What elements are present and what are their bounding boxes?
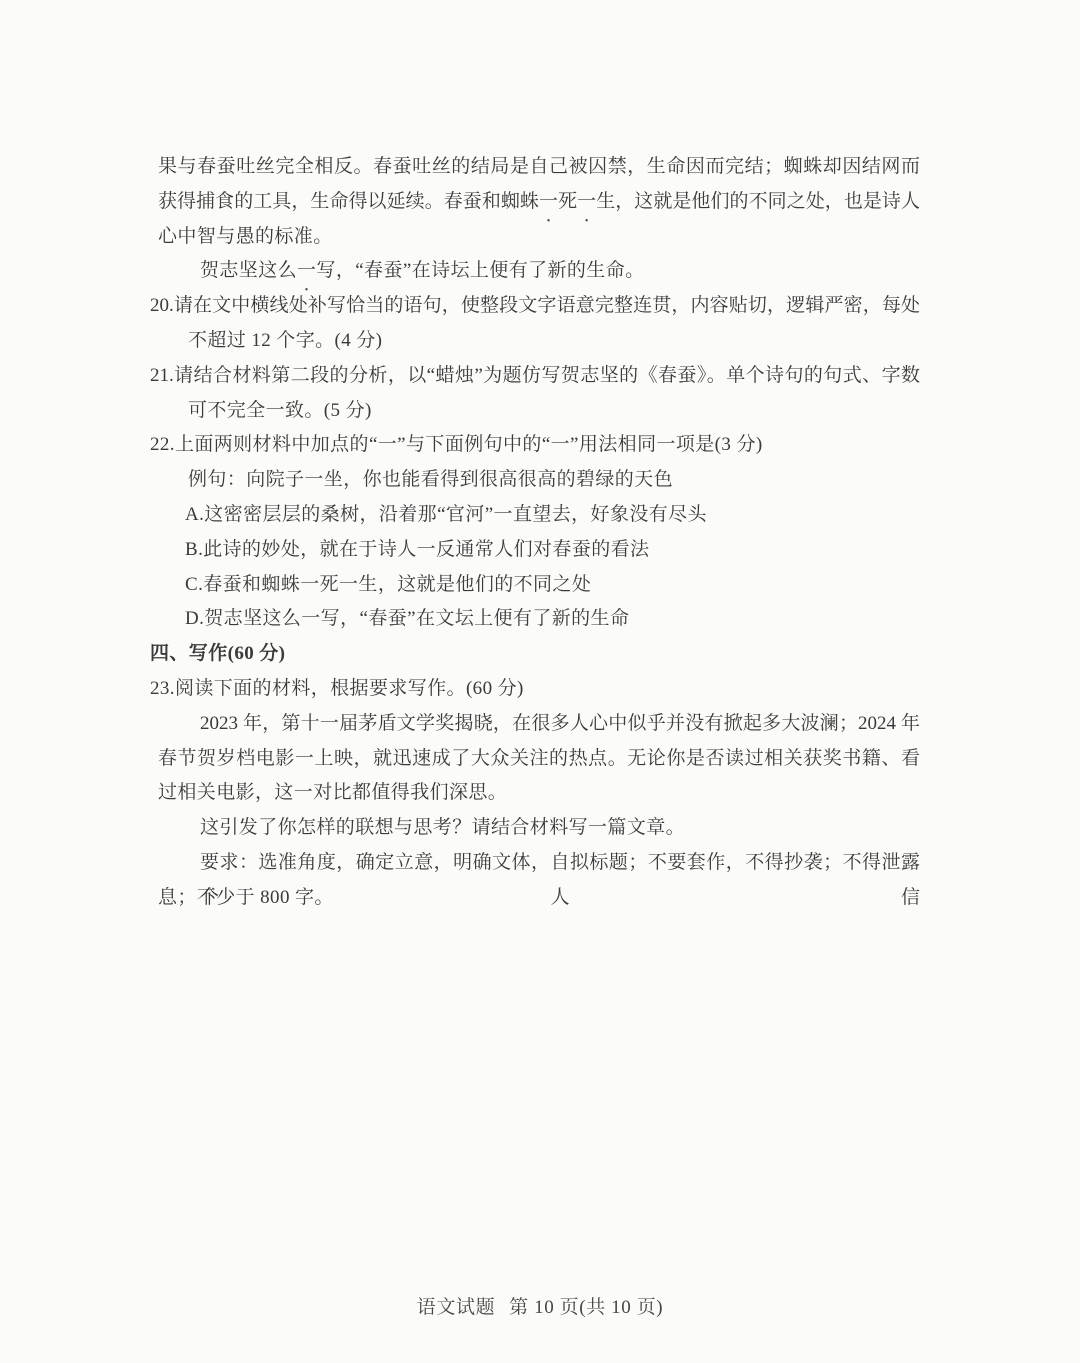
passage-line-4-post: 写，“春蚕”在诗坛上便有了新的生命。: [316, 260, 644, 281]
question-21-line-2: 可不完全一致。(5 分): [188, 394, 920, 429]
option-b: B.此诗的妙处，就在于诗人一反通常人们对春蚕的看法: [185, 533, 920, 568]
page-footer: 语文试题第 10 页(共 10 页): [0, 1292, 1080, 1319]
question-21-number: 21.: [150, 365, 174, 386]
emphasized-char: 一: [297, 260, 316, 281]
text-block: 果与春蚕吐丝完全相反。春蚕吐丝的结局是自己被囚禁，生命因而完结；蜘蛛却因结网而 …: [150, 150, 920, 916]
section-heading-writing: 四、写作(60 分): [150, 637, 920, 672]
question-23-text: 阅读下面的材料，根据要求写作。(60 分): [175, 678, 524, 699]
q23-requirements-line-1: 要求：选准角度，确定立意，明确文体，自拟标题；不要套作，不得抄袭；不得泄露个人信: [200, 846, 920, 881]
option-b-text: 此诗的妙处，就在于诗人一反通常人们对春蚕的看法: [203, 539, 649, 560]
question-20-line-2: 不超过 12 个字。(4 分): [188, 324, 920, 359]
question-20-number: 20.: [150, 295, 174, 316]
question-22-number: 22.: [150, 434, 175, 455]
page-indicator: 第 10 页(共 10 页): [509, 1297, 663, 1318]
option-a-text: 这密密层层的桑树，沿着那“官河”一直望去，好象没有尽头: [204, 504, 707, 525]
passage-line-2: 获得捕食的工具，生命得以延续。春蚕和蜘蛛一死一生，这就是他们的不同之处，也是诗人: [158, 185, 920, 220]
question-21-line-1: 21.请结合材料第二段的分析，以“蜡烛”为题仿写贺志坚的《春蚕》。单个诗句的句式…: [150, 359, 920, 394]
question-22-example: 例句：向院子一坐，你也能看得到很高很高的碧绿的天色: [188, 463, 920, 498]
question-22-text: 上面两则材料中加点的“一”与下面例句中的“一”用法相同一项是(3 分): [175, 434, 763, 455]
question-23-stem: 23.阅读下面的材料，根据要求写作。(60 分): [150, 672, 920, 707]
question-23-number: 23.: [150, 678, 175, 699]
passage-line-2-mid: 死: [558, 191, 577, 212]
option-a-label: A.: [185, 504, 204, 525]
option-b-label: B.: [185, 539, 203, 560]
option-a: A.这密密层层的桑树，沿着那“官河”一直望去，好象没有尽头: [185, 498, 920, 533]
q23-requirements-line-2: 息；不少于 800 字。: [158, 881, 920, 916]
passage-line-2-pre: 获得捕食的工具，生命得以延续。春蚕和蜘蛛: [158, 191, 539, 212]
q23-material-line-3: 过相关电影，这一对比都值得我们深思。: [158, 776, 920, 811]
q23-prompt: 这引发了你怎样的联想与思考？请结合材料写一篇文章。: [200, 811, 920, 846]
passage-line-4: 贺志坚这么一写，“春蚕”在诗坛上便有了新的生命。: [200, 254, 920, 289]
question-20-line-1: 20.请在文中横线处补写恰当的语句，使整段文字语意完整连贯，内容贴切，逻辑严密，…: [150, 289, 920, 324]
doc-title: 语文试题: [417, 1297, 495, 1318]
q23-material-line-1: 2023 年，第十一届茅盾文学奖揭晓，在很多人心中似乎并没有掀起多大波澜；202…: [200, 707, 920, 742]
option-c: C.春蚕和蜘蛛一死一生，这就是他们的不同之处: [185, 568, 920, 603]
exam-paper-page: 果与春蚕吐丝完全相反。春蚕吐丝的结局是自己被囚禁，生命因而完结；蜘蛛却因结网而 …: [0, 0, 1080, 1363]
q23-material-line-2: 春节贺岁档电影一上映，就迅速成了大众关注的热点。无论你是否读过相关获奖书籍、看: [158, 742, 920, 777]
option-c-label: C.: [185, 574, 203, 595]
option-d: D.贺志坚这么一写，“春蚕”在文坛上便有了新的生命: [185, 602, 920, 637]
option-c-text: 春蚕和蜘蛛一死一生，这就是他们的不同之处: [203, 574, 591, 595]
emphasized-char: 一: [577, 191, 596, 212]
emphasized-char: 一: [539, 191, 558, 212]
question-20-text: 请在文中横线处补写恰当的语句，使整段文字语意完整连贯，内容贴切，逻辑严密，每处: [174, 295, 920, 316]
question-21-text: 请结合材料第二段的分析，以“蜡烛”为题仿写贺志坚的《春蚕》。单个诗句的句式、字数: [174, 365, 920, 386]
passage-line-1: 果与春蚕吐丝完全相反。春蚕吐丝的结局是自己被囚禁，生命因而完结；蜘蛛却因结网而: [158, 150, 920, 185]
question-22-line-1: 22.上面两则材料中加点的“一”与下面例句中的“一”用法相同一项是(3 分): [150, 428, 920, 463]
option-d-text: 贺志坚这么一写，“春蚕”在文坛上便有了新的生命: [204, 608, 629, 629]
option-d-label: D.: [185, 608, 204, 629]
passage-line-3: 心中智与愚的标准。: [158, 220, 920, 255]
passage-line-2-post: 生，这就是他们的不同之处，也是诗人: [596, 191, 920, 212]
passage-line-4-pre: 贺志坚这么: [200, 260, 297, 281]
